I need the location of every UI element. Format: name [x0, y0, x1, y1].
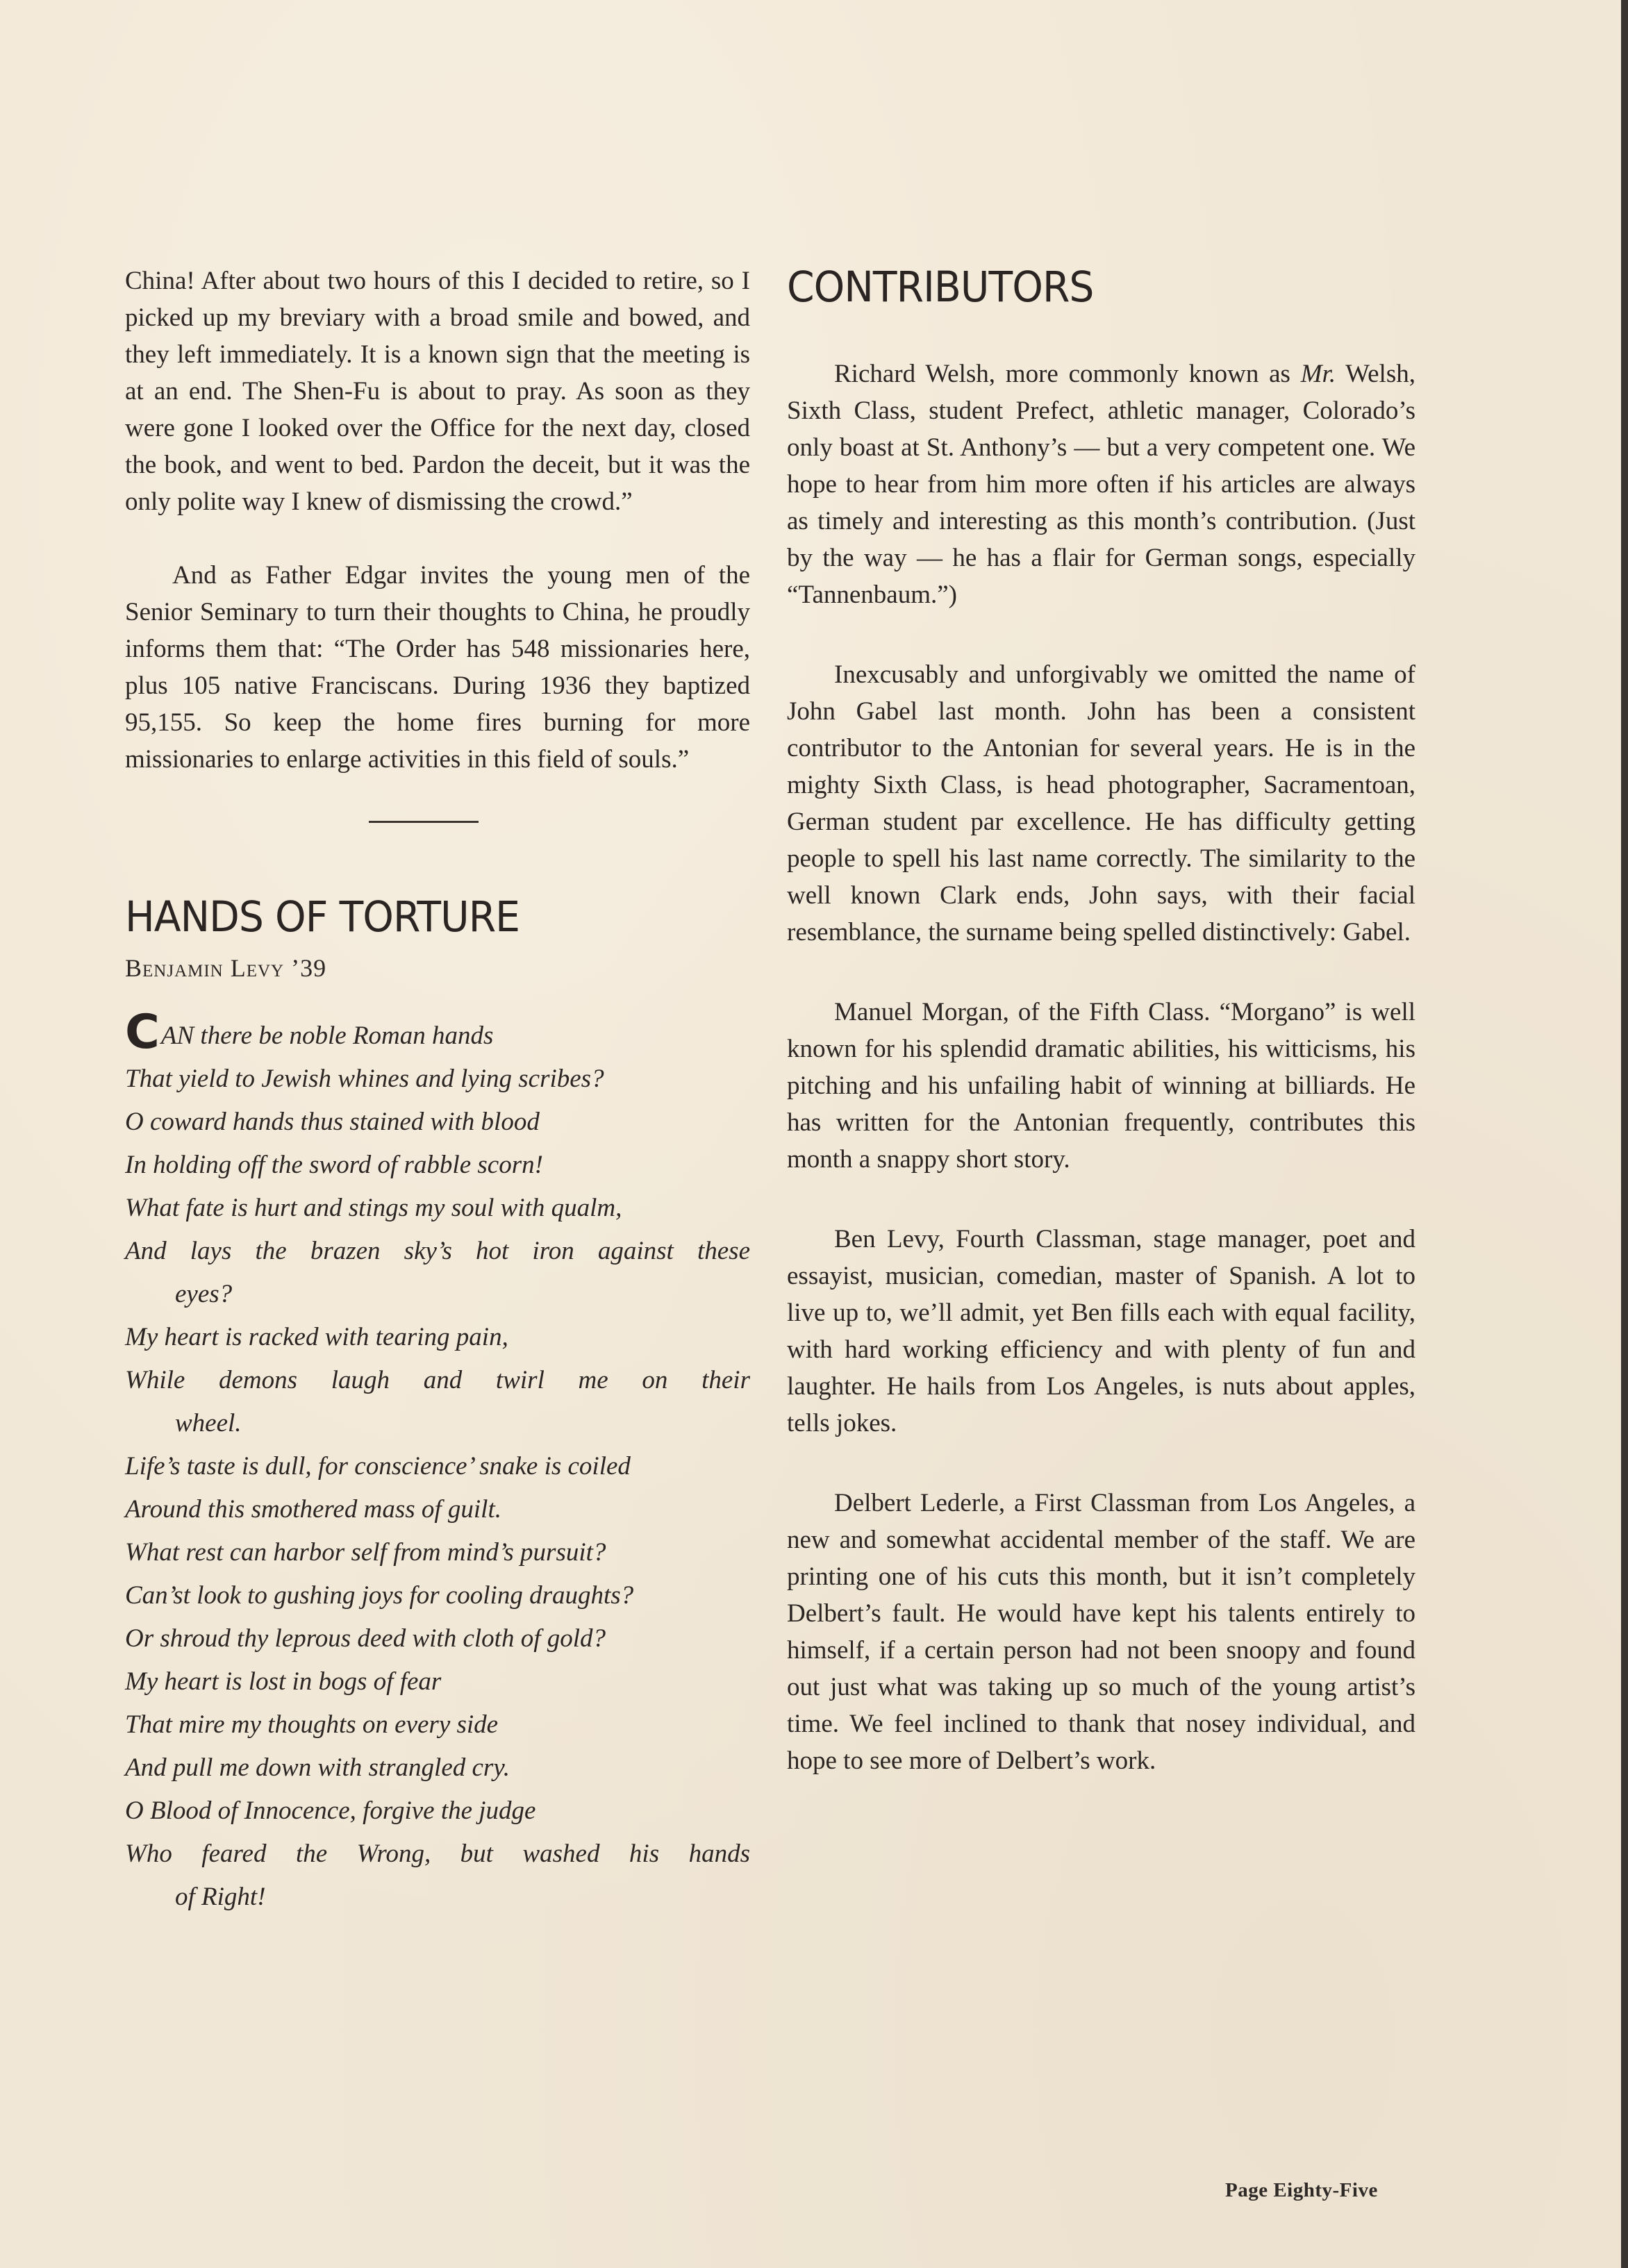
father-edgar-paragraph: And as Father Edgar invites the young me…	[125, 557, 750, 778]
poem-line-first: CAN there be noble Roman hands	[125, 1012, 750, 1058]
contributors-title: CONTRIBUTORS	[787, 262, 1372, 312]
contributor-entry-lederle: Delbert Lederle, a First Classman from L…	[787, 1485, 1415, 1779]
poem-line: And lays the brazen sky’s hot iron again…	[125, 1230, 750, 1273]
poem-first-line-text: AN there be noble Roman hands	[161, 1022, 494, 1050]
poem-byline: Benjamin Levy ’39	[125, 951, 750, 985]
poem-line-continuation: of Right!	[125, 1876, 750, 1919]
right-column: CONTRIBUTORS Richard Welsh, more commonl…	[787, 262, 1415, 1779]
china-article-continuation: China! After about two hours of this I d…	[125, 262, 750, 778]
poem-line: That yield to Jewish whines and lying sc…	[125, 1058, 750, 1101]
page-edge-shadow	[1621, 0, 1628, 2268]
contributor-entry-gabel: Inexcusably and unforgivably we omitted …	[787, 656, 1415, 951]
contributor-title-italic: Mr.	[1301, 360, 1336, 388]
contributor-entry-levy: Ben Levy, Fourth Classman, stage manager…	[787, 1221, 1415, 1442]
poem-line: What fate is hurt and stings my soul wit…	[125, 1187, 750, 1230]
drop-cap: C	[125, 1012, 160, 1053]
poem-line: O Blood of Innocence, forgive the judge	[125, 1790, 750, 1833]
left-column: China! After about two hours of this I d…	[125, 262, 750, 1919]
section-divider	[369, 821, 479, 823]
contributors-list: Richard Welsh, more commonly known as Mr…	[787, 356, 1415, 1779]
continuation-paragraph: China! After about two hours of this I d…	[125, 262, 750, 520]
poem-line: While demons laugh and twirl me on their	[125, 1359, 750, 1402]
contributor-text: Richard Welsh, more commonly known as	[834, 360, 1301, 388]
contributor-entry-welsh: Richard Welsh, more commonly known as Mr…	[787, 356, 1415, 613]
poem-line: Or shroud thy leprous deed with cloth of…	[125, 1617, 750, 1660]
poem-line: Can’st look to gushing joys for cooling …	[125, 1574, 750, 1617]
poem-title: HANDS OF TORTURE	[125, 892, 706, 942]
page-number: Page Eighty-Five	[1225, 2179, 1378, 2202]
poem-line: Life’s taste is dull, for conscience’ sn…	[125, 1445, 750, 1488]
poem-line-continuation: wheel.	[125, 1402, 750, 1445]
poem-line: O coward hands thus stained with blood	[125, 1101, 750, 1144]
poem-line: In holding off the sword of rabble scorn…	[125, 1144, 750, 1187]
poem-line: That mire my thoughts on every side	[125, 1703, 750, 1746]
magazine-page: China! After about two hours of this I d…	[0, 0, 1628, 2268]
contributor-entry-morgan: Manuel Morgan, of the Fifth Class. “Morg…	[787, 994, 1415, 1178]
poem-line: And pull me down with strangled cry.	[125, 1746, 750, 1790]
poem-line: What rest can harbor self from mind’s pu…	[125, 1531, 750, 1574]
poem-line-continuation: eyes?	[125, 1273, 750, 1316]
poem-line: Who feared the Wrong, but washed his han…	[125, 1833, 750, 1876]
poem-body: CAN there be noble Roman hands That yiel…	[125, 1012, 750, 1919]
poem-line: Around this smothered mass of guilt.	[125, 1488, 750, 1531]
contributor-text: Welsh, Sixth Class, student Prefect, ath…	[787, 360, 1415, 609]
poem-line: My heart is racked with tearing pain,	[125, 1316, 750, 1359]
poem-line: My heart is lost in bogs of fear	[125, 1660, 750, 1703]
